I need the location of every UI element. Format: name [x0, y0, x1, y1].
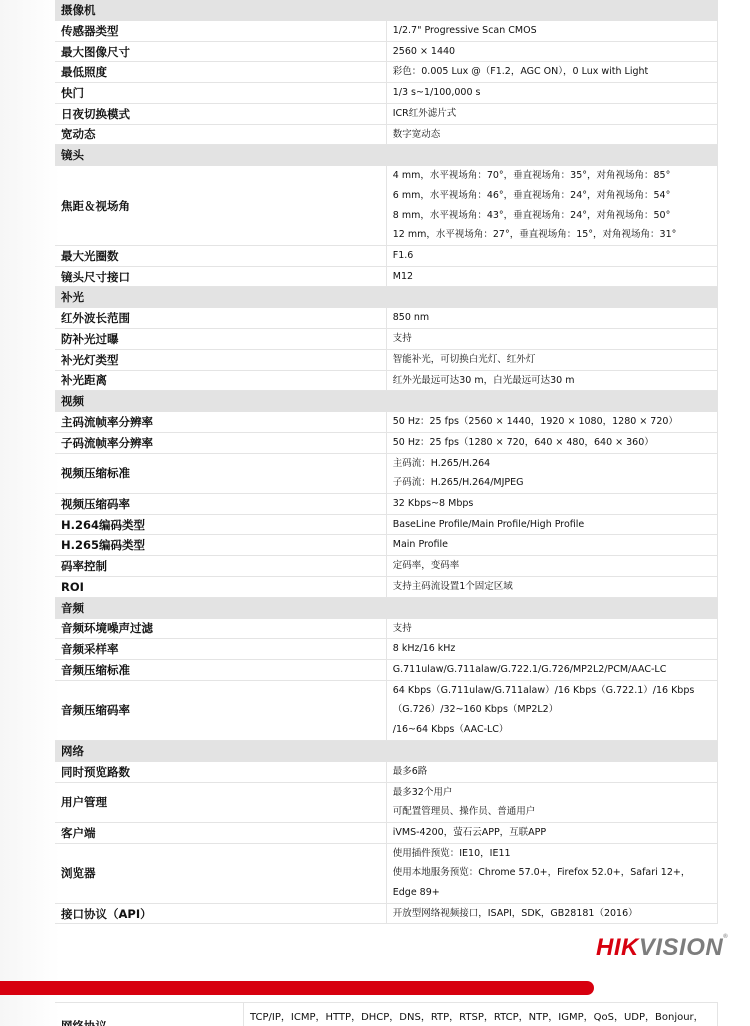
- spec-value: 850 nm: [386, 308, 717, 329]
- spec-value: BaseLine Profile/Main Profile/High Profi…: [386, 514, 717, 535]
- spec-label: ROI: [55, 576, 386, 597]
- spec-value-line: 12 mm，水平视场角：27°，垂直视场角：15°，对角视场角：31°: [393, 225, 711, 245]
- logo-hik: HIK: [596, 934, 639, 961]
- table-row: 红外波长范围850 nm: [55, 308, 718, 329]
- spec-value: 彩色：0.005 Lux @（F1.2，AGC ON），0 Lux with L…: [386, 62, 717, 83]
- table-row: 客户端iVMS-4200，萤石云APP，互联APP: [55, 822, 718, 843]
- page-background-decoration: [0, 0, 60, 1026]
- spec-value: 1/2.7" Progressive Scan CMOS: [386, 21, 717, 42]
- spec-value-line: 数字宽动态: [393, 125, 711, 145]
- spec-value: ICR红外滤片式: [386, 103, 717, 124]
- table-row: 防补光过曝支持: [55, 329, 718, 350]
- spec-value-line: 850 nm: [393, 308, 711, 328]
- spec-label: 最大图像尺寸: [55, 41, 386, 62]
- spec-value-line: Main Profile: [393, 535, 711, 555]
- table-row: 视频压缩码率32 Kbps~8 Mbps: [55, 494, 718, 515]
- spec-label: 音频采样率: [55, 639, 386, 660]
- spec-value: 64 Kbps（G.711ulaw/G.711alaw）/16 Kbps（G.7…: [386, 680, 717, 740]
- table-row: H.264编码类型BaseLine Profile/Main Profile/H…: [55, 514, 718, 535]
- spec-label: 快门: [55, 83, 386, 104]
- table-row: 镜头尺寸接口M12: [55, 266, 718, 287]
- spec-value-line: 8 mm，水平视场角：43°，垂直视场角：24°，对角视场角：50°: [393, 206, 711, 226]
- spec-value-line: 50 Hz：25 fps（1280 × 720，640 × 480，640 × …: [393, 433, 711, 453]
- spec-value-line: 50 Hz：25 fps（2560 × 1440，1920 × 1080，128…: [393, 412, 711, 432]
- spec-value: 50 Hz：25 fps（1280 × 720，640 × 480，640 × …: [386, 432, 717, 453]
- spec-value: 最多32个用户可配置管理员、操作员、普通用户: [386, 782, 717, 822]
- spec-label: 镜头尺寸接口: [55, 266, 386, 287]
- spec-value: 开放型网络视频接口，ISAPI，SDK，GB28181（2016）: [386, 903, 717, 924]
- spec-value-line: BaseLine Profile/Main Profile/High Profi…: [393, 515, 711, 535]
- table-row: 最大图像尺寸2560 × 1440: [55, 41, 718, 62]
- spec-label: 子码流帧率分辨率: [55, 432, 386, 453]
- table-row: 音频环境噪声过滤支持: [55, 618, 718, 639]
- spec-value: 使用插件预览：IE10，IE11使用本地服务预览：Chrome 57.0+，Fi…: [386, 843, 717, 903]
- spec-label: 红外波长范围: [55, 308, 386, 329]
- table-row: ROI支持主码流设置1个固定区域: [55, 576, 718, 597]
- spec-value: TCP/IP，ICMP，HTTP，DHCP，DNS，RTP，RTSP，RTCP，…: [244, 1003, 718, 1026]
- spec-value: 最多6路: [386, 761, 717, 782]
- spec-table-continued: 网络协议 TCP/IP，ICMP，HTTP，DHCP，DNS，RTP，RTSP，…: [55, 1002, 718, 1026]
- spec-label: 浏览器: [55, 843, 386, 903]
- table-row: 音频压缩标准G.711ulaw/G.711alaw/G.722.1/G.726/…: [55, 659, 718, 680]
- spec-value: G.711ulaw/G.711alaw/G.722.1/G.726/MP2L2/…: [386, 659, 717, 680]
- spec-value-line: iVMS-4200，萤石云APP，互联APP: [393, 823, 711, 843]
- spec-value: 4 mm，水平视场角：70°，垂直视场角：35°，对角视场角：85°6 mm，水…: [386, 166, 717, 246]
- hikvision-logo: HIKVISION®: [596, 934, 728, 962]
- table-row: 用户管理最多32个用户可配置管理员、操作员、普通用户: [55, 782, 718, 822]
- spec-value-line: 彩色：0.005 Lux @（F1.2，AGC ON），0 Lux with L…: [393, 62, 711, 82]
- table-row: 焦距＆视场角4 mm，水平视场角：70°，垂直视场角：35°，对角视场角：85°…: [55, 166, 718, 246]
- spec-value-line: 最多32个用户: [393, 783, 711, 803]
- spec-value-line: F1.6: [393, 246, 711, 266]
- spec-value-line: 支持: [393, 329, 711, 349]
- spec-value: 定码率，变码率: [386, 556, 717, 577]
- spec-value-line: G.711ulaw/G.711alaw/G.722.1/G.726/MP2L2/…: [393, 660, 711, 680]
- spec-label: 焦距＆视场角: [55, 166, 386, 246]
- spec-label: 主码流帧率分辨率: [55, 412, 386, 433]
- spec-value: F1.6: [386, 246, 717, 267]
- spec-value: 智能补光，可切换白光灯、红外灯: [386, 349, 717, 370]
- spec-value: 数字宽动态: [386, 124, 717, 145]
- spec-value-line: ICR红外滤片式: [393, 104, 711, 124]
- spec-value: 主码流：H.265/H.264子码流：H.265/H.264/MJPEG: [386, 453, 717, 493]
- table-row: 子码流帧率分辨率50 Hz：25 fps（1280 × 720，640 × 48…: [55, 432, 718, 453]
- spec-label: 网络协议: [55, 1003, 244, 1026]
- section-header: 镜头: [55, 145, 718, 166]
- section-title: 镜头: [55, 145, 718, 166]
- spec-value: 支持主码流设置1个固定区域: [386, 576, 717, 597]
- spec-value-line: 32 Kbps~8 Mbps: [393, 494, 711, 514]
- table-row: 接口协议（API）开放型网络视频接口，ISAPI，SDK，GB28181（201…: [55, 903, 718, 924]
- spec-value-line: M12: [393, 267, 711, 287]
- spec-value-line: 使用插件预览：IE10，IE11: [393, 844, 711, 864]
- spec-label: 同时预览路数: [55, 761, 386, 782]
- table-row: 音频压缩码率64 Kbps（G.711ulaw/G.711alaw）/16 Kb…: [55, 680, 718, 740]
- spec-value-line: 智能补光，可切换白光灯、红外灯: [393, 350, 711, 370]
- spec-label: 最大光圈数: [55, 246, 386, 267]
- section-header: 音频: [55, 597, 718, 618]
- table-row: 传感器类型1/2.7" Progressive Scan CMOS: [55, 21, 718, 42]
- spec-value-line: 1/2.7" Progressive Scan CMOS: [393, 21, 711, 41]
- spec-value: Main Profile: [386, 535, 717, 556]
- spec-value: 50 Hz：25 fps（2560 × 1440，1920 × 1080，128…: [386, 412, 717, 433]
- spec-label: 音频压缩码率: [55, 680, 386, 740]
- spec-label: 视频压缩标准: [55, 453, 386, 493]
- table-row: 浏览器使用插件预览：IE10，IE11使用本地服务预览：Chrome 57.0+…: [55, 843, 718, 903]
- section-header: 视频: [55, 391, 718, 412]
- spec-value: 2560 × 1440: [386, 41, 717, 62]
- spec-label: 最低照度: [55, 62, 386, 83]
- table-row: 补光距离红外光最远可达30 m，白光最远可达30 m: [55, 370, 718, 391]
- table-row: 快门1/3 s~1/100,000 s: [55, 83, 718, 104]
- spec-label: 用户管理: [55, 782, 386, 822]
- spec-value: 1/3 s~1/100,000 s: [386, 83, 717, 104]
- table-row: 同时预览路数最多6路: [55, 761, 718, 782]
- spec-value-line: 使用本地服务预览：Chrome 57.0+，Firefox 52.0+，Safa…: [393, 863, 711, 902]
- spec-value-line: 2560 × 1440: [393, 42, 711, 62]
- spec-label: 视频压缩码率: [55, 494, 386, 515]
- spec-label: H.265编码类型: [55, 535, 386, 556]
- table-row: 主码流帧率分辨率50 Hz：25 fps（2560 × 1440，1920 × …: [55, 412, 718, 433]
- spec-value-line: 开放型网络视频接口，ISAPI，SDK，GB28181（2016）: [393, 904, 711, 924]
- page-divider-red-bar: [0, 981, 594, 995]
- spec-value-line: 主码流：H.265/H.264: [393, 454, 711, 474]
- spec-label: 接口协议（API）: [55, 903, 386, 924]
- table-row: H.265编码类型Main Profile: [55, 535, 718, 556]
- spec-label: 音频压缩标准: [55, 659, 386, 680]
- spec-label: H.264编码类型: [55, 514, 386, 535]
- spec-label: 补光灯类型: [55, 349, 386, 370]
- table-row: 码率控制定码率，变码率: [55, 556, 718, 577]
- table-row: 补光灯类型智能补光，可切换白光灯、红外灯: [55, 349, 718, 370]
- section-header: 补光: [55, 287, 718, 308]
- spec-value-line: /16~64 Kbps（AAC-LC）: [393, 720, 711, 740]
- logo-registered-mark: ®: [723, 934, 728, 940]
- spec-value: iVMS-4200，萤石云APP，互联APP: [386, 822, 717, 843]
- spec-value: 红外光最远可达30 m，白光最远可达30 m: [386, 370, 717, 391]
- table-row: 网络协议 TCP/IP，ICMP，HTTP，DHCP，DNS，RTP，RTSP，…: [55, 1003, 718, 1026]
- spec-label: 音频环境噪声过滤: [55, 618, 386, 639]
- spec-value: 支持: [386, 329, 717, 350]
- spec-label: 宽动态: [55, 124, 386, 145]
- spec-value-line: 最多6路: [393, 762, 711, 782]
- spec-label: 码率控制: [55, 556, 386, 577]
- spec-value-line: 64 Kbps（G.711ulaw/G.711alaw）/16 Kbps（G.7…: [393, 681, 711, 720]
- spec-value-line: 支持主码流设置1个固定区域: [393, 577, 711, 597]
- spec-value: 8 kHz/16 kHz: [386, 639, 717, 660]
- spec-value-line: 子码流：H.265/H.264/MJPEG: [393, 473, 711, 493]
- table-row: 宽动态数字宽动态: [55, 124, 718, 145]
- spec-value-line: 红外光最远可达30 m，白光最远可达30 m: [393, 371, 711, 391]
- section-title: 音频: [55, 597, 718, 618]
- section-header: 摄像机: [55, 0, 718, 21]
- spec-label: 传感器类型: [55, 21, 386, 42]
- section-title: 补光: [55, 287, 718, 308]
- section-header: 网络: [55, 740, 718, 761]
- section-title: 摄像机: [55, 0, 718, 21]
- spec-label: 客户端: [55, 822, 386, 843]
- spec-value-line: 6 mm，水平视场角：46°，垂直视场角：24°，对角视场角：54°: [393, 186, 711, 206]
- spec-label: 防补光过曝: [55, 329, 386, 350]
- spec-value-line: 定码率，变码率: [393, 556, 711, 576]
- spec-value: M12: [386, 266, 717, 287]
- table-row: 视频压缩标准主码流：H.265/H.264子码流：H.265/H.264/MJP…: [55, 453, 718, 493]
- spec-value: 32 Kbps~8 Mbps: [386, 494, 717, 515]
- spec-label: 补光距离: [55, 370, 386, 391]
- logo-vision: VISION: [639, 934, 723, 961]
- spec-label: 日夜切换模式: [55, 103, 386, 124]
- spec-table: 摄像机传感器类型1/2.7" Progressive Scan CMOS最大图像…: [55, 0, 718, 924]
- table-row: 最低照度彩色：0.005 Lux @（F1.2，AGC ON），0 Lux wi…: [55, 62, 718, 83]
- spec-value: 支持: [386, 618, 717, 639]
- spec-value-line: 可配置管理员、操作员、普通用户: [393, 802, 711, 822]
- spec-value-line: 8 kHz/16 kHz: [393, 639, 711, 659]
- spec-value-line: 支持: [393, 619, 711, 639]
- table-row: 日夜切换模式ICR红外滤片式: [55, 103, 718, 124]
- table-row: 音频采样率8 kHz/16 kHz: [55, 639, 718, 660]
- section-title: 网络: [55, 740, 718, 761]
- spec-value-line: 1/3 s~1/100,000 s: [393, 83, 711, 103]
- spec-value-line: 4 mm，水平视场角：70°，垂直视场角：35°，对角视场角：85°: [393, 166, 711, 186]
- table-row: 最大光圈数F1.6: [55, 246, 718, 267]
- section-title: 视频: [55, 391, 718, 412]
